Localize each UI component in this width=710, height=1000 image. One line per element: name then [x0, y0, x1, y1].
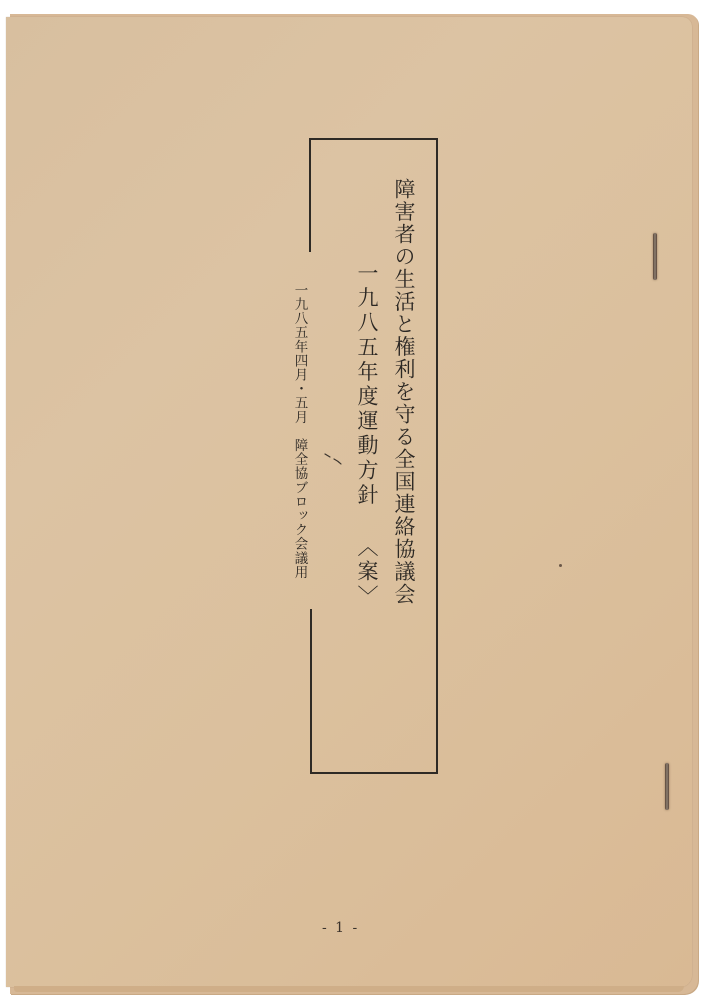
- pen-mark-icon: [323, 452, 345, 466]
- page-stack-edge: [14, 986, 684, 992]
- staple-icon: [665, 763, 669, 810]
- title-frame-left-lower: [310, 609, 312, 774]
- page-number: - 1 -: [322, 920, 359, 936]
- title-frame-left-upper: [309, 138, 311, 252]
- meeting-subtitle: 一九八五年四月・五月 障全協ブロック会議用: [292, 283, 306, 579]
- policy-title: 一九八五年度運動方針 〈案〉: [356, 262, 377, 609]
- organization-title: 障害者の生活と権利を守る全国連絡協議会: [393, 178, 414, 606]
- paper-speck: [559, 564, 562, 567]
- staple-icon: [653, 233, 657, 280]
